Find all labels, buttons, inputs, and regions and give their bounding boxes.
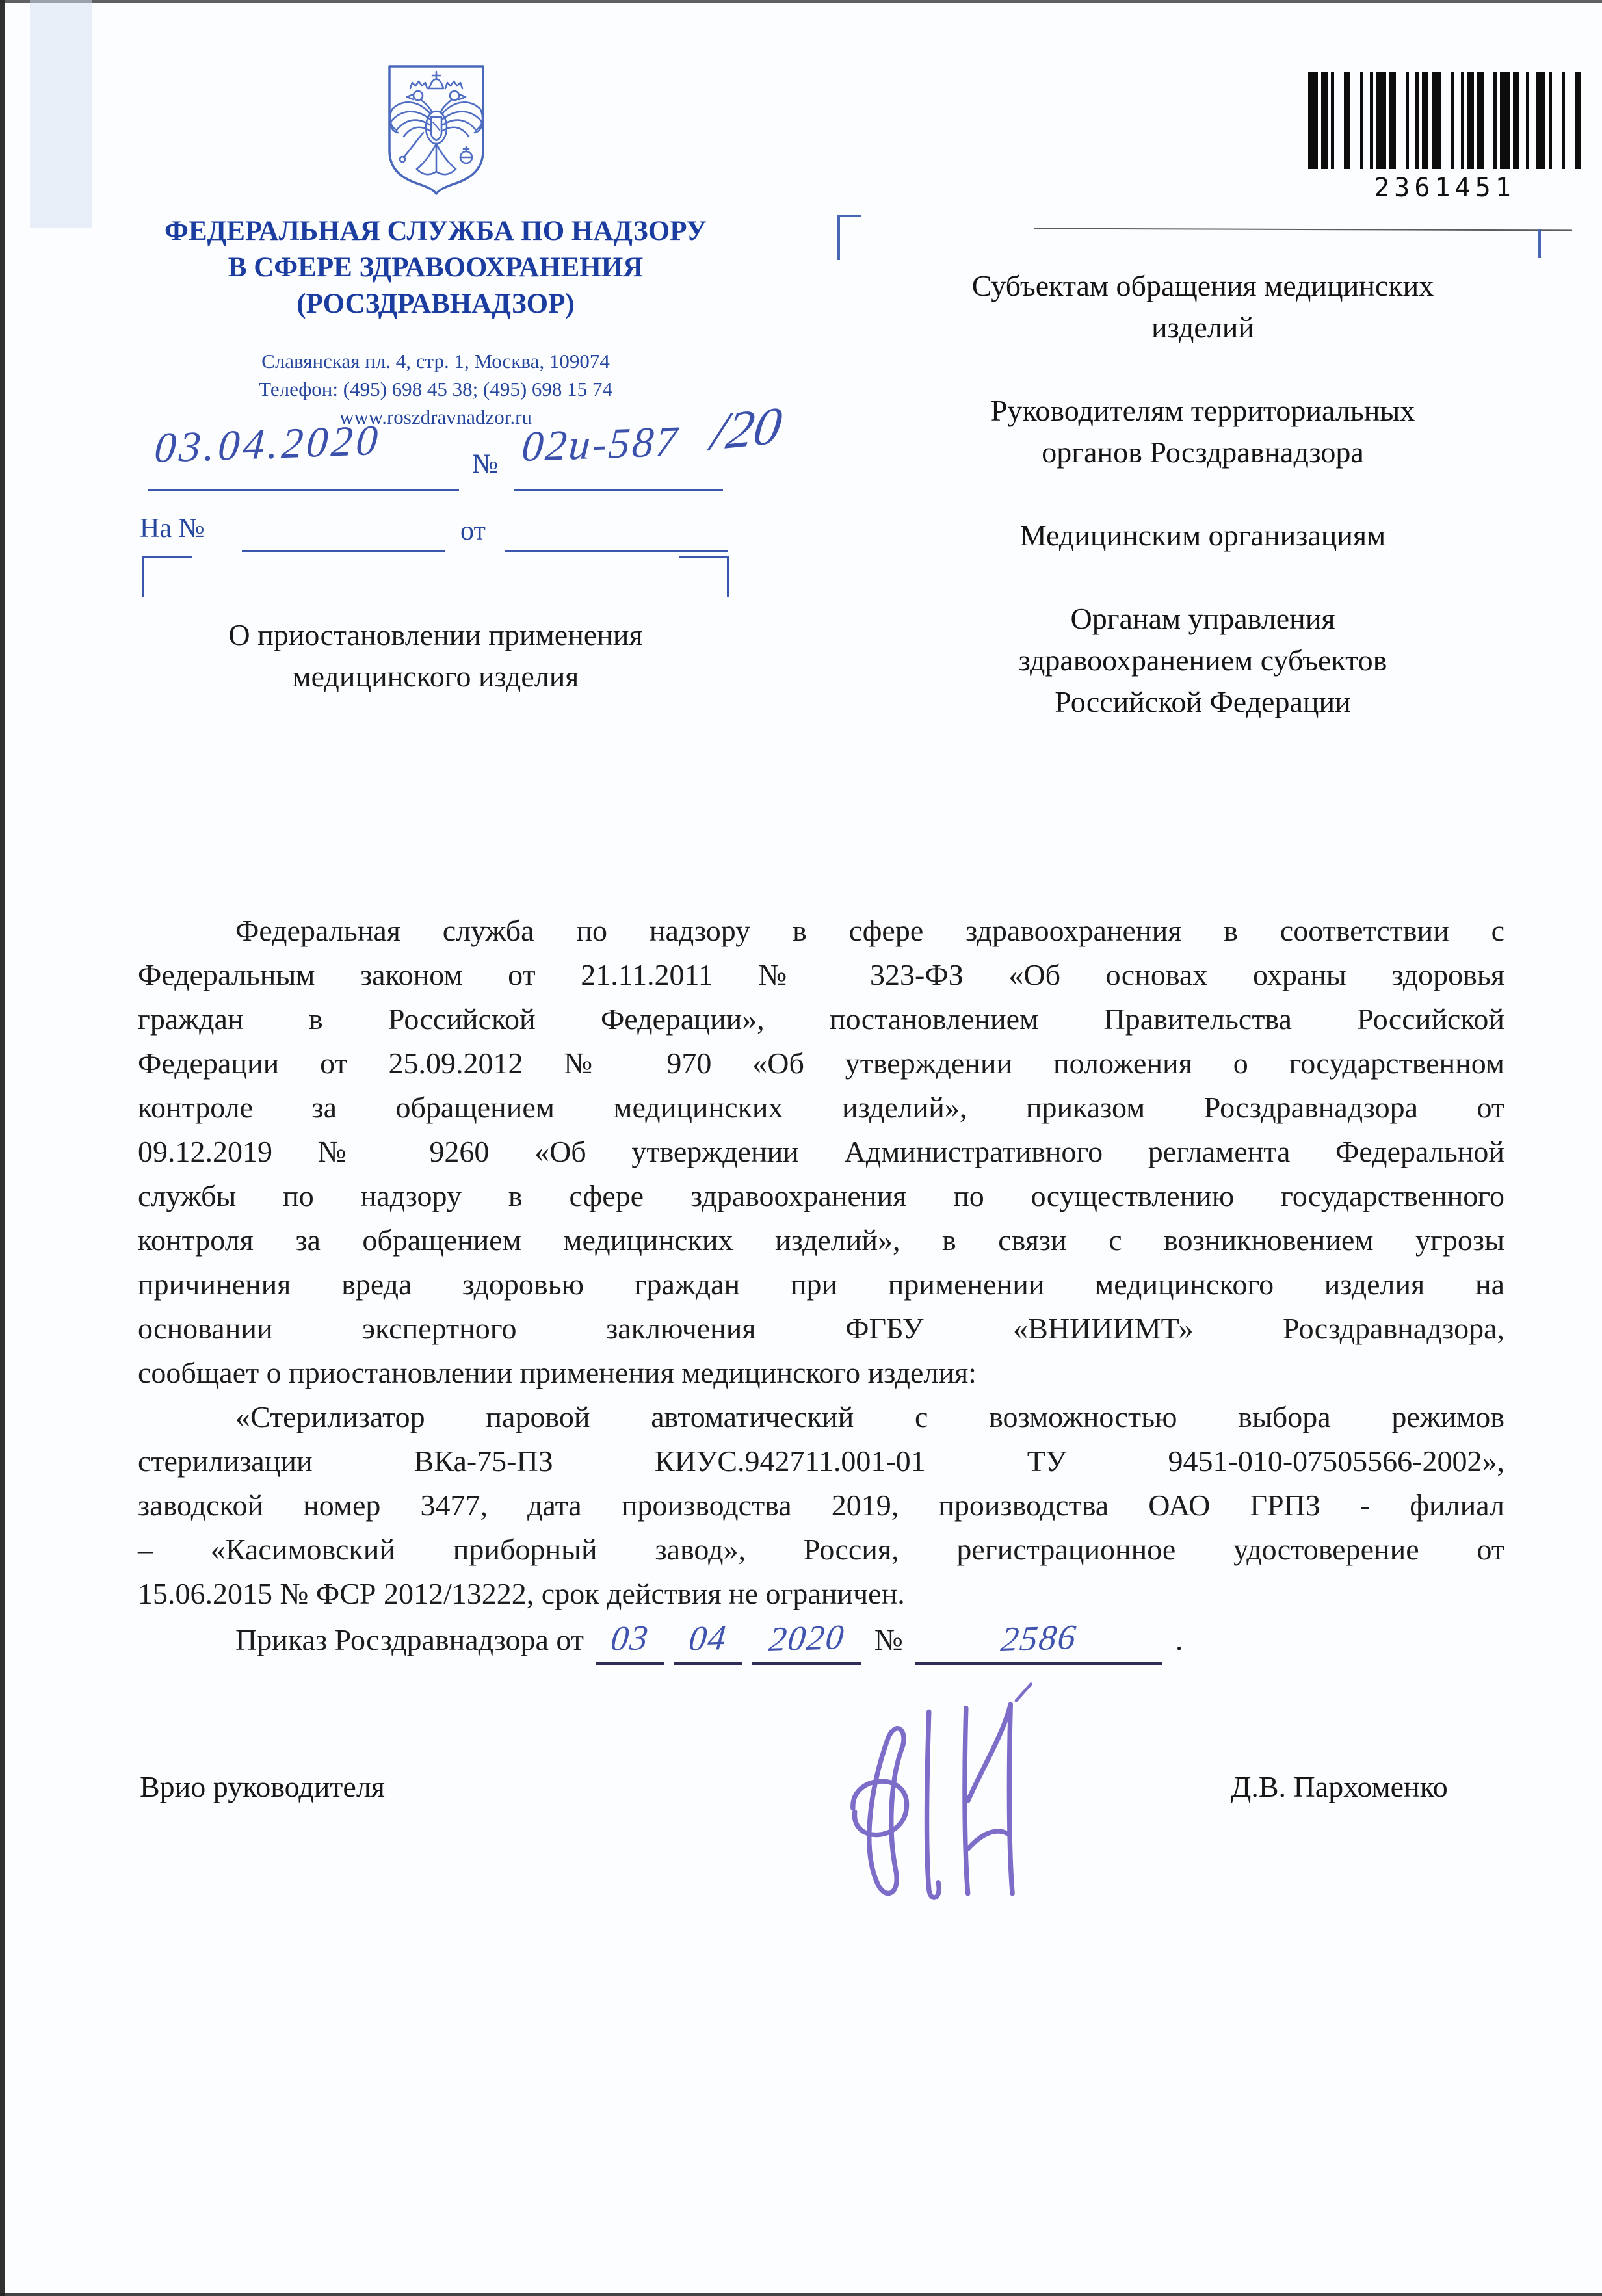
addressee-list: Субъектам обращения медицинских изделийР…: [969, 265, 1437, 723]
phone-line: Телефон: (495) 698 45 38; (495) 698 15 7…: [130, 375, 741, 403]
signer-title: Врио руководителя: [140, 1769, 385, 1804]
corner-mark-top-right: [679, 556, 729, 597]
barcode-bar: [1575, 72, 1581, 169]
handwritten-order-year-field: 2020: [752, 1616, 861, 1665]
letterhead-org-name: ФЕДЕРАЛЬНАЯ СЛУЖБА ПО НАДЗОРУ В СФЕРЕ ЗД…: [130, 213, 741, 322]
body-paragraph-2: «Стерилизатор паровой автоматический с в…: [138, 1395, 1504, 1572]
barcode-gap: [1529, 72, 1536, 169]
number-sign: №: [472, 449, 498, 480]
barcode-bar: [1376, 72, 1386, 169]
text-line: граждан в Российской Федерации», постано…: [138, 997, 1504, 1041]
address-line: Славянская пл. 4, стр. 1, Москва, 109074: [130, 347, 741, 375]
text-line: контроле за обращением медицинских издел…: [138, 1086, 1504, 1130]
barcode-bar: [1321, 72, 1328, 169]
barcode-bar: [1344, 72, 1350, 169]
handwritten-order-number: 2586: [999, 1615, 1079, 1662]
barcode-bar: [1500, 72, 1510, 169]
addressee-top-line: [1034, 228, 1572, 231]
handwritten-outgoing-number: 02и-587: [520, 417, 681, 472]
order-reference-line: Приказ Росздравнадзора от 03042020 № 258…: [138, 1616, 1504, 1665]
barcode-number: 2361451: [1308, 173, 1581, 203]
reply-ref-label: На №: [140, 513, 205, 544]
barcode-gap: [1565, 72, 1575, 169]
barcode-bar: [1422, 72, 1428, 169]
handwritten-signature-icon: [821, 1678, 1045, 1929]
scan-edge-left: [0, 0, 5, 2296]
text-line: контроля за обращением медицинских издел…: [138, 1218, 1504, 1262]
barcode-bars-icon: [1308, 72, 1581, 169]
subject-line2: медицинского изделия: [156, 656, 715, 698]
addressee-corner-mark: [837, 215, 861, 260]
handwritten-outgoing-date: 03.04.2020: [153, 416, 382, 473]
text-line: Руководителям территориальных органов Ро…: [969, 390, 1437, 473]
text-line: стерилизации ВКа-75-ПЗ КИУС.942711.001-0…: [138, 1439, 1504, 1483]
barcode-gap: [1519, 72, 1526, 169]
handwritten-order-year: 2020: [767, 1615, 848, 1662]
text-line: «Стерилизатор паровой автоматический с в…: [138, 1395, 1504, 1439]
scan-edge-bottom: [0, 2293, 1602, 2296]
text-line: Федерации от 25.09.2012 № 970 «Об утверж…: [138, 1041, 1504, 1086]
number-underline: [514, 489, 723, 491]
text-line: Медицинским организациям: [969, 515, 1437, 556]
barcode-gap: [1363, 72, 1370, 169]
text-line: – «Касимовский приборный завод», Россия,…: [138, 1528, 1504, 1572]
barcode-gap: [1334, 72, 1344, 169]
body-paragraph-1: Федеральная служба по надзору в сфере зд…: [138, 909, 1504, 1351]
barcode-gap: [1552, 72, 1562, 169]
corner-mark-top-left: [142, 556, 192, 597]
barcode-gap: [1350, 72, 1360, 169]
reply-date-label: от: [460, 515, 486, 547]
text-line: Федеральным законом от 21.11.2011 № 323-…: [138, 953, 1504, 997]
body-paragraph-2-last-line: 15.06.2015 № ФСР 2012/13222, срок действ…: [138, 1572, 1504, 1616]
handwritten-order-day-field: 03: [596, 1616, 664, 1665]
signer-name: Д.В. Пархоменко: [1231, 1769, 1448, 1804]
scan-tint-artifact: [30, 0, 92, 228]
reply-ref-underline: [242, 550, 445, 552]
barcode-bar: [1389, 72, 1396, 169]
text-line: 09.12.2019 № 9260 «Об утверждении Админи…: [138, 1130, 1504, 1174]
scan-edge-top: [0, 0, 1602, 3]
text-line: Федеральная служба по надзору в сфере зд…: [138, 909, 1504, 953]
text-line: основании экспертного заключения ФГБУ «В…: [138, 1307, 1504, 1351]
text-line: службы по надзору в сфере здравоохранени…: [138, 1174, 1504, 1218]
barcode-bar: [1477, 72, 1484, 169]
handwritten-order-day: 03: [609, 1615, 651, 1661]
reply-date-underline: [505, 550, 728, 552]
order-line-period: .: [1175, 1623, 1183, 1656]
registration-barcode: 2361451: [1308, 72, 1581, 203]
barcode-gap: [1454, 72, 1461, 169]
barcode-gap: [1409, 72, 1415, 169]
addressee-corner-tick: [1538, 229, 1541, 258]
org-name-line1: ФЕДЕРАЛЬНАЯ СЛУЖБА ПО НАДЗОРУ: [130, 213, 741, 250]
text-line: причинения вреда здоровью граждан при пр…: [138, 1262, 1504, 1307]
barcode-gap: [1441, 72, 1451, 169]
text-line: заводской номер 3477, дата производства …: [138, 1483, 1504, 1528]
barcode-gap: [1396, 72, 1406, 169]
barcode-bar: [1513, 72, 1519, 169]
text-line: Органам управления здравоохранением субъ…: [969, 598, 1437, 723]
russia-coat-of-arms-icon: [380, 60, 492, 200]
date-underline: [148, 489, 459, 491]
org-name-line3: (РОСЗДРАВНАДЗОР): [130, 286, 741, 322]
handwritten-order-month-field: 04: [674, 1616, 742, 1665]
subject-line1: О приостановлении применения: [156, 614, 715, 656]
handwritten-order-number-field: 2586: [915, 1616, 1162, 1665]
letter-body: Федеральная служба по надзору в сфере зд…: [138, 909, 1504, 1665]
handwritten-number-suffix: /20: [707, 395, 785, 463]
order-number-sign: №: [874, 1623, 903, 1656]
barcode-bar: [1536, 72, 1545, 169]
org-name-line2: В СФЕРЕ ЗДРАВООХРАНЕНИЯ: [130, 250, 741, 286]
body-paragraph-1-last-line: сообщает о приостановлении применения ме…: [138, 1351, 1504, 1395]
barcode-bar: [1467, 72, 1474, 169]
text-line: Субъектам обращения медицинских изделий: [969, 265, 1437, 348]
subject-line: О приостановлении применения медицинског…: [156, 614, 715, 698]
order-line-prefix: Приказ Росздравнадзора от: [235, 1623, 584, 1656]
handwritten-order-month: 04: [687, 1615, 729, 1661]
scanned-letter-page: ФЕДЕРАЛЬНАЯ СЛУЖБА ПО НАДЗОРУ В СФЕРЕ ЗД…: [0, 0, 1602, 2296]
barcode-bar: [1308, 72, 1318, 169]
barcode-bar: [1432, 72, 1441, 169]
barcode-gap: [1484, 72, 1493, 169]
